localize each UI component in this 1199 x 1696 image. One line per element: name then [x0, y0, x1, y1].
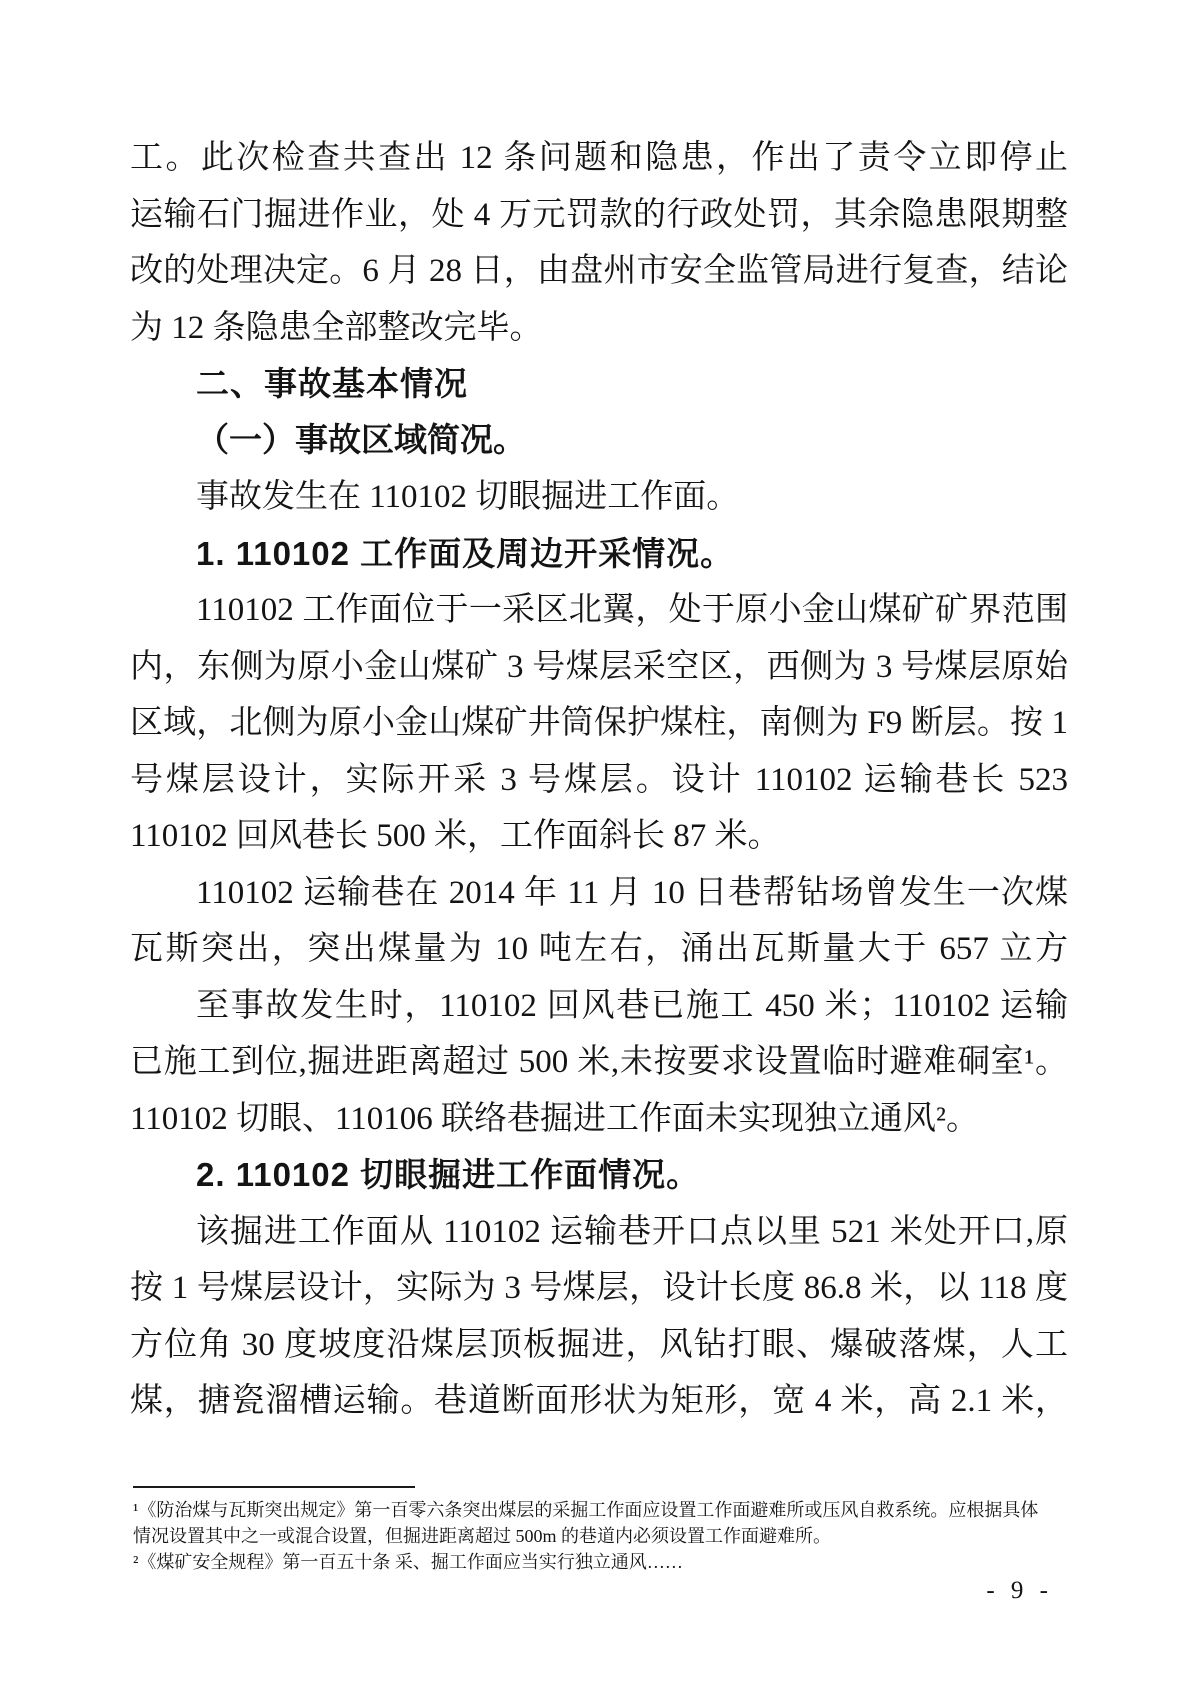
- text-line: 至事故发生时，110102 回风巷已施工 450 米；110102 运输巷: [130, 978, 1068, 1035]
- text-line: 运输石门掘进作业，处 4 万元罚款的行政处罚，其余隐患限期整: [130, 187, 1068, 244]
- text-line: 110102 回风巷长 500 米，工作面斜长 87 米。: [130, 808, 1068, 865]
- text-line: 号煤层设计，实际开采 3 号煤层。设计 110102 运输巷长 523 米，: [130, 752, 1068, 809]
- numbered-heading: 1. 110102 工作面及周边开采情况。: [130, 526, 1068, 583]
- footnote-line: 情况设置其中之一或混合设置，但掘进距离超过 500m 的巷道内必须设置工作面避难…: [133, 1523, 1063, 1549]
- text-line: 该掘进工作面从 110102 运输巷开口点以里 521 米处开口,原: [130, 1204, 1068, 1261]
- text-line: 按 1 号煤层设计，实际为 3 号煤层，设计长度 86.8 米，以 118 度: [130, 1260, 1068, 1317]
- numbered-heading: 2. 110102 切眼掘进工作面情况。: [130, 1147, 1068, 1204]
- text-line: 已施工到位,掘进距离超过 500 米,未按要求设置临时避难硐室¹。: [130, 1034, 1068, 1091]
- text-line: 110102 切眼、110106 联络巷掘进工作面未实现独立通风²。: [130, 1091, 1068, 1148]
- footnote-line: ²《煤矿安全规程》第一百五十条 采、掘工作面应当实行独立通风……: [133, 1549, 1063, 1575]
- body-text: 工。此次检查共查出 12 条问题和隐患，作出了责令立即停止 1800 运输石门掘…: [130, 130, 1068, 1430]
- text-line: 工。此次检查共查出 12 条问题和隐患，作出了责令立即停止 1800: [130, 130, 1068, 187]
- document-page: 工。此次检查共查出 12 条问题和隐患，作出了责令立即停止 1800 运输石门掘…: [0, 0, 1199, 1696]
- text-line: 内，东侧为原小金山煤矿 3 号煤层采空区，西侧为 3 号煤层原始: [130, 639, 1068, 696]
- text-line: 瓦斯突出，突出煤量为 10 吨左右，涌出瓦斯量大于 657 立方米。: [130, 921, 1068, 978]
- text-line: 改的处理决定。6 月 28 日，由盘州市安全监管局进行复查，结论: [130, 243, 1068, 300]
- footnote-separator: [133, 1486, 415, 1488]
- text-line: 方位角 30 度坡度沿煤层顶板掘进，风钻打眼、爆破落煤，人工攉: [130, 1317, 1068, 1374]
- subsection-heading: （一）事故区域简况。: [130, 413, 1068, 470]
- text-line: 事故发生在 110102 切眼掘进工作面。: [130, 469, 1068, 526]
- text-line: 为 12 条隐患全部整改完毕。: [130, 300, 1068, 357]
- text-line: 煤，搪瓷溜槽运输。巷道断面形状为矩形，宽 4 米，高 2.1 米，: [130, 1373, 1068, 1430]
- text-line: 110102 运输巷在 2014 年 11 月 10 日巷帮钻场曾发生一次煤与: [130, 865, 1068, 922]
- section-heading: 二、事故基本情况: [130, 356, 1068, 413]
- text-line: 110102 工作面位于一采区北翼，处于原小金山煤矿矿界范围: [130, 582, 1068, 639]
- page-number: - 9 -: [986, 1577, 1053, 1605]
- text-line: 区域，北侧为原小金山煤矿井筒保护煤柱，南侧为 F9 断层。按 1: [130, 695, 1068, 752]
- footnote-line: ¹《防治煤与瓦斯突出规定》第一百零六条突出煤层的采掘工作面应设置工作面避难所或压…: [133, 1497, 1063, 1523]
- footnotes-block: ¹《防治煤与瓦斯突出规定》第一百零六条突出煤层的采掘工作面应设置工作面避难所或压…: [133, 1486, 1063, 1575]
